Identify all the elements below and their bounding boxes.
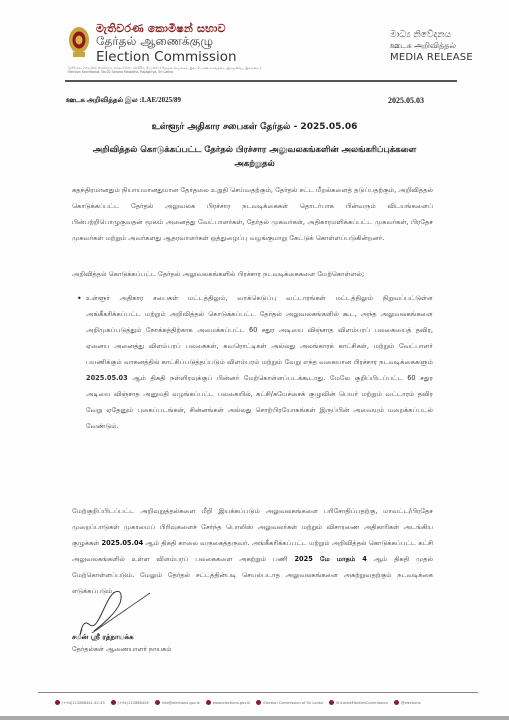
logo-tamil-text: தேர்தல் ஆணைக்குழு bbox=[96, 34, 213, 50]
intro-paragraph: சுதந்திரமானதும் நியாயமானதுமான தேர்தலை உற… bbox=[72, 182, 433, 246]
document-title: உள்ளூர் அதிகார சபைகள் தேர்தல் - 2025.05.… bbox=[0, 122, 509, 133]
election-commission-logo: මැතිවරණ කොමිෂන් සභාව தேர்தல் ஆணைக்குழு E… bbox=[68, 22, 268, 80]
release-date: 2025.05.03 bbox=[388, 96, 424, 105]
footer-email[interactable]: info@elections.gov.lk bbox=[155, 700, 200, 705]
footer-divider bbox=[38, 692, 478, 693]
header-divider bbox=[65, 80, 457, 82]
signature-icon bbox=[72, 585, 162, 640]
footer-fax-label: (+94)112868426 bbox=[118, 701, 149, 705]
page-bottom-border bbox=[0, 716, 509, 720]
media-release-tamil: ஊடக அறிவித்தல் bbox=[390, 41, 473, 51]
bullet-text-part1: உள்ளூர் அதிகார சபைகள் மட்டத்திலும், வாக்… bbox=[86, 294, 433, 366]
bullet-date-bold: 2025.05.03 bbox=[86, 374, 128, 382]
signatory-title: தேர்தல்கள் ஆணையாளர் நாயகம் bbox=[72, 645, 171, 654]
facebook-icon bbox=[329, 700, 334, 705]
footer-facebook[interactable]: SriLankaElectionCommission bbox=[329, 700, 388, 705]
footer-facebook-link[interactable]: SriLankaElectionCommission bbox=[336, 701, 388, 705]
bullet-text-part2: ஆம் திகதி நள்ளிரவுக்குப் பின்னர் மேற்கொள… bbox=[86, 374, 433, 430]
footer-email-link[interactable]: info@elections.gov.lk bbox=[162, 701, 200, 705]
bullet-icon: • bbox=[77, 294, 82, 303]
youtube-icon bbox=[256, 700, 261, 705]
web-icon bbox=[206, 700, 211, 705]
footer-contacts: (+94)112868441-42-43 (+94)112868426 info… bbox=[55, 700, 475, 705]
logo-english-text: Election Commission bbox=[96, 49, 237, 65]
email-icon bbox=[155, 700, 160, 705]
footer-phone-label: (+94)112868441-42-43 bbox=[62, 701, 105, 705]
media-release-english: MEDIA RELEASE bbox=[390, 51, 473, 65]
twitter-icon bbox=[394, 700, 399, 705]
sri-lanka-emblem-icon bbox=[68, 25, 90, 59]
footer-youtube-link[interactable]: Election Commission of Sri Lanka bbox=[263, 701, 323, 705]
footer-twitter-link[interactable]: @elections bbox=[401, 701, 421, 705]
enforcement-date2-bold: 2025 மே மாதம் 4 bbox=[294, 555, 366, 563]
enforcement-date-bold: 2025.05.04 bbox=[101, 539, 143, 547]
reference-number: ஊடக அறிவித்தல் இல :LAE/2025/89 bbox=[66, 96, 181, 105]
phone-icon bbox=[55, 700, 60, 705]
media-release-document: මැතිවරණ කොමිෂන් සභාව தேர்தல் ஆணைக்குழு E… bbox=[0, 0, 509, 720]
bullet-text: உள்ளூர் அதிகார சபைகள் மட்டத்திலும், வாக்… bbox=[86, 290, 433, 434]
footer-fax: (+94)112868426 bbox=[111, 700, 149, 705]
activities-heading: அறிவித்தல் கொடுக்கப்பட்ட தேர்தல் அலுவலகங… bbox=[72, 266, 433, 282]
footer-web-link[interactable]: www.elections.gov.lk bbox=[213, 701, 250, 705]
signatory-name: சமன் ஸ்ரீ ரத்நாயக்க bbox=[72, 633, 134, 642]
media-release-sinhala: මාධ්‍ය නිවේදනය bbox=[390, 30, 473, 41]
footer-youtube[interactable]: Election Commission of Sri Lanka bbox=[256, 700, 323, 705]
footer-web[interactable]: www.elections.gov.lk bbox=[206, 700, 250, 705]
bullet-item: • உள்ளூர் அதிகார சபைகள் மட்டத்திலும், வா… bbox=[86, 290, 433, 434]
address-text: මැතිවරණ මහලේකම් කාර්යාලය, සරණ මාවත, රාජග… bbox=[68, 66, 268, 74]
footer-twitter[interactable]: @elections bbox=[394, 700, 421, 705]
media-release-label: මාධ්‍ය නිවේදනය ஊடக அறிவித்தல் MEDIA RELE… bbox=[390, 30, 473, 65]
fax-icon bbox=[111, 700, 116, 705]
activities-heading-text: அறிவித்தல் கொடுக்கப்பட்ட தேர்தல் அலுவலகங… bbox=[72, 270, 364, 278]
footer-phone: (+94)112868441-42-43 bbox=[55, 700, 105, 705]
document-subtitle: அறிவித்தல் கொடுக்கப்பட்ட தேர்தல் பிரச்சா… bbox=[90, 143, 419, 171]
